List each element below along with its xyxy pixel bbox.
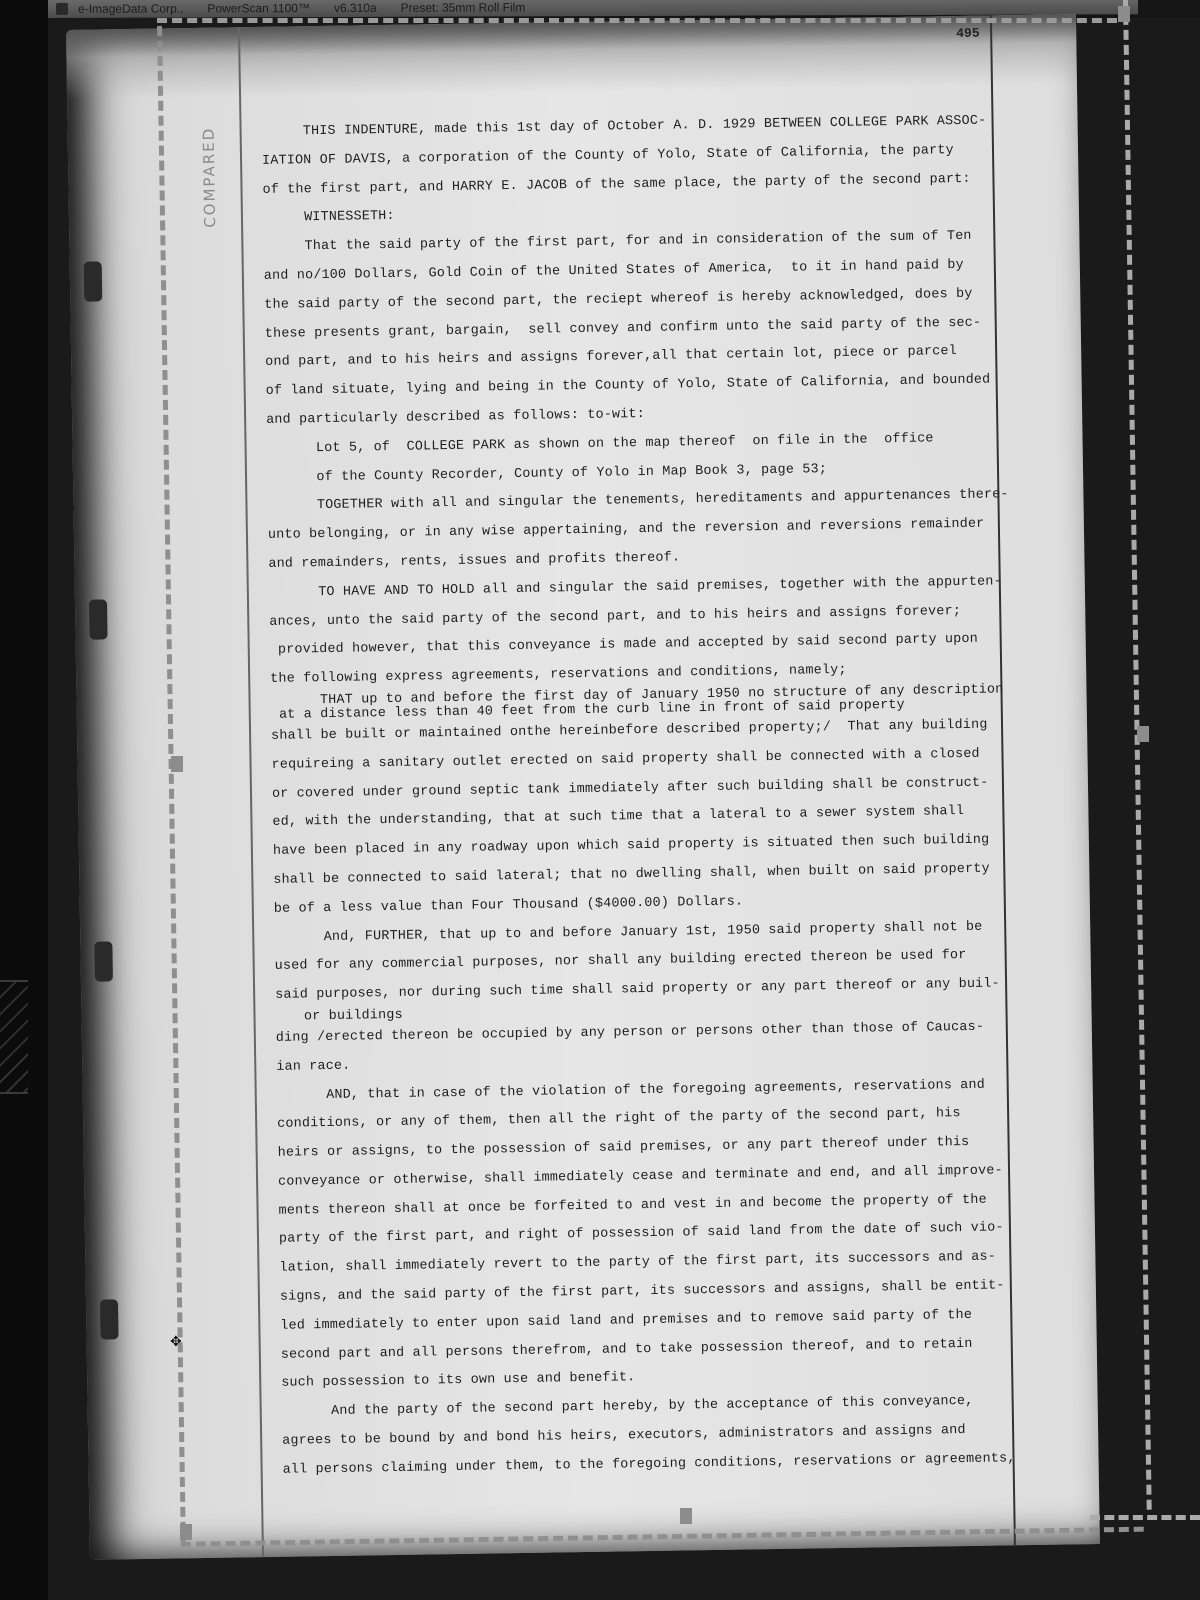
frame-resize-handle-right[interactable] — [1137, 726, 1149, 742]
film-sprocket-hole — [94, 941, 113, 981]
move-cursor-icon: ✥ — [170, 1334, 184, 1348]
title-preset: Preset: 35mm Roll Film — [401, 0, 526, 17]
title-version: v6.310a — [334, 0, 377, 17]
monitor-bezel — [0, 0, 48, 1600]
margin-rule-left — [238, 27, 264, 1557]
film-sprocket-hole — [89, 599, 108, 639]
margin-stamp: COMPARED — [200, 127, 220, 228]
scan-frame-top-edge[interactable] — [157, 18, 1117, 28]
frame-resize-handle-left[interactable] — [171, 756, 183, 772]
scan-frame-bottom-edge[interactable] — [1090, 1515, 1200, 1525]
scanned-document-page: COMPARED 495 THIS INDENTURE, made this 1… — [66, 14, 1100, 1560]
film-sprocket-hole — [84, 261, 103, 301]
document-body: THIS INDENTURE, made this 1st day of Oct… — [261, 107, 1022, 1485]
monitor-logo-icon — [0, 980, 28, 1094]
frame-resize-handle-bottom-left[interactable] — [180, 1524, 192, 1540]
frame-resize-handle-top-right[interactable] — [1118, 6, 1130, 22]
app-icon[interactable] — [56, 3, 68, 15]
title-company: e-ImageData Corp., — [78, 0, 183, 18]
film-sprocket-hole — [100, 1299, 119, 1339]
title-product: PowerScan 1100™ — [207, 0, 310, 17]
frame-resize-handle-bottom[interactable] — [680, 1508, 692, 1524]
